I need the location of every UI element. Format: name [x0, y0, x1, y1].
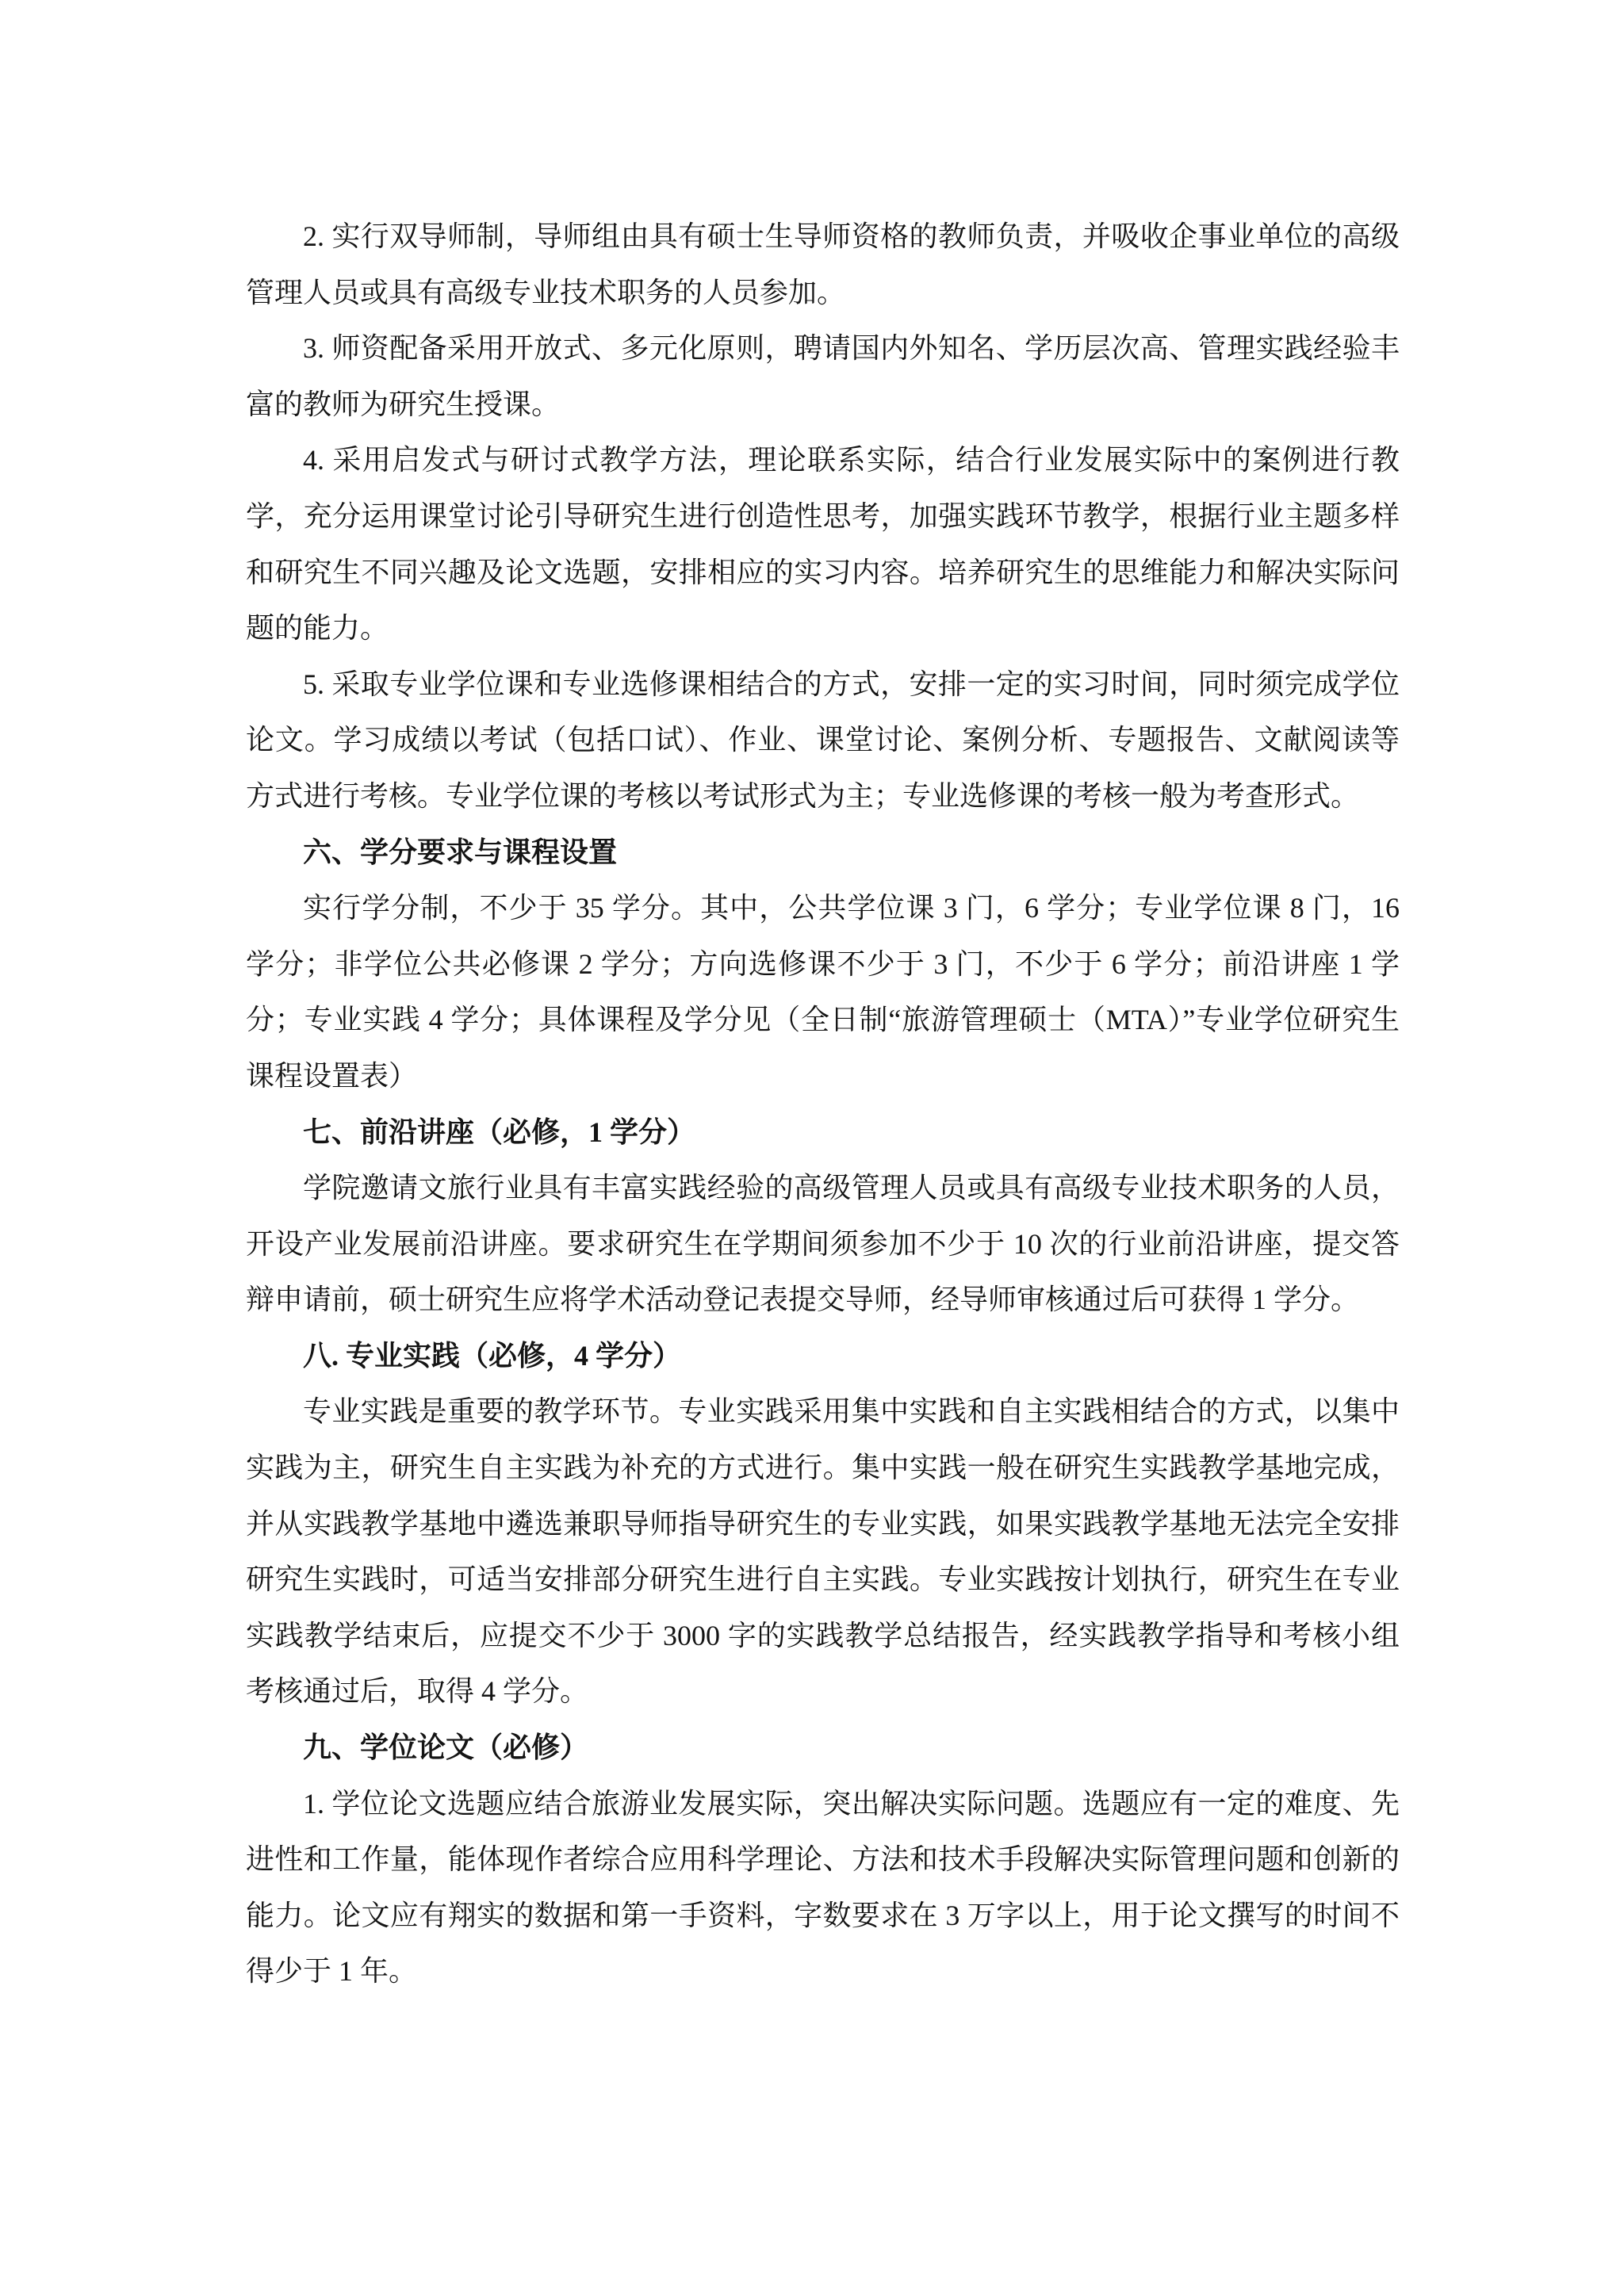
para-credit-system: 实行学分制，不少于 35 学分。其中，公共学位课 3 门，6 学分；专业学位课 …: [246, 880, 1400, 1104]
para-frontier-lectures: 学院邀请文旅行业具有丰富实践经验的高级管理人员或具有高级专业技术职务的人员，开设…: [246, 1160, 1400, 1328]
para-professional-practice: 专业实践是重要的教学环节。专业实践采用集中实践和自主实践相结合的方式，以集中实践…: [246, 1383, 1400, 1720]
para-course-assessment: 5. 采取专业学位课和专业选修课相结合的方式，安排一定的实习时间，同时须完成学位…: [246, 656, 1400, 825]
para-thesis-requirements: 1. 学位论文选题应结合旅游业发展实际，突出解决实际问题。选题应有一定的难度、先…: [246, 1776, 1400, 1999]
document-body: 2. 实行双导师制，导师组由具有硕士生导师资格的教师负责，并吸收企事业单位的高级…: [246, 209, 1400, 1999]
para-teaching-methods: 4. 采用启发式与研讨式教学方法，理论联系实际，结合行业发展实际中的案例进行教学…: [246, 432, 1400, 656]
heading-frontier-lectures: 七、前沿讲座（必修，1 学分）: [246, 1104, 1400, 1161]
heading-professional-practice: 八. 专业实践（必修，4 学分）: [246, 1328, 1400, 1384]
para-faculty-allocation: 3. 师资配备采用开放式、多元化原则，聘请国内外知名、学历层次高、管理实践经验丰…: [246, 320, 1400, 432]
heading-degree-thesis: 九、学位论文（必修）: [246, 1720, 1400, 1776]
document-page: 2. 实行双导师制，导师组由具有硕士生导师资格的教师负责，并吸收企事业单位的高级…: [0, 0, 1624, 2296]
para-dual-tutor-system: 2. 实行双导师制，导师组由具有硕士生导师资格的教师负责，并吸收企事业单位的高级…: [246, 209, 1400, 320]
heading-credit-requirements: 六、学分要求与课程设置: [246, 825, 1400, 881]
